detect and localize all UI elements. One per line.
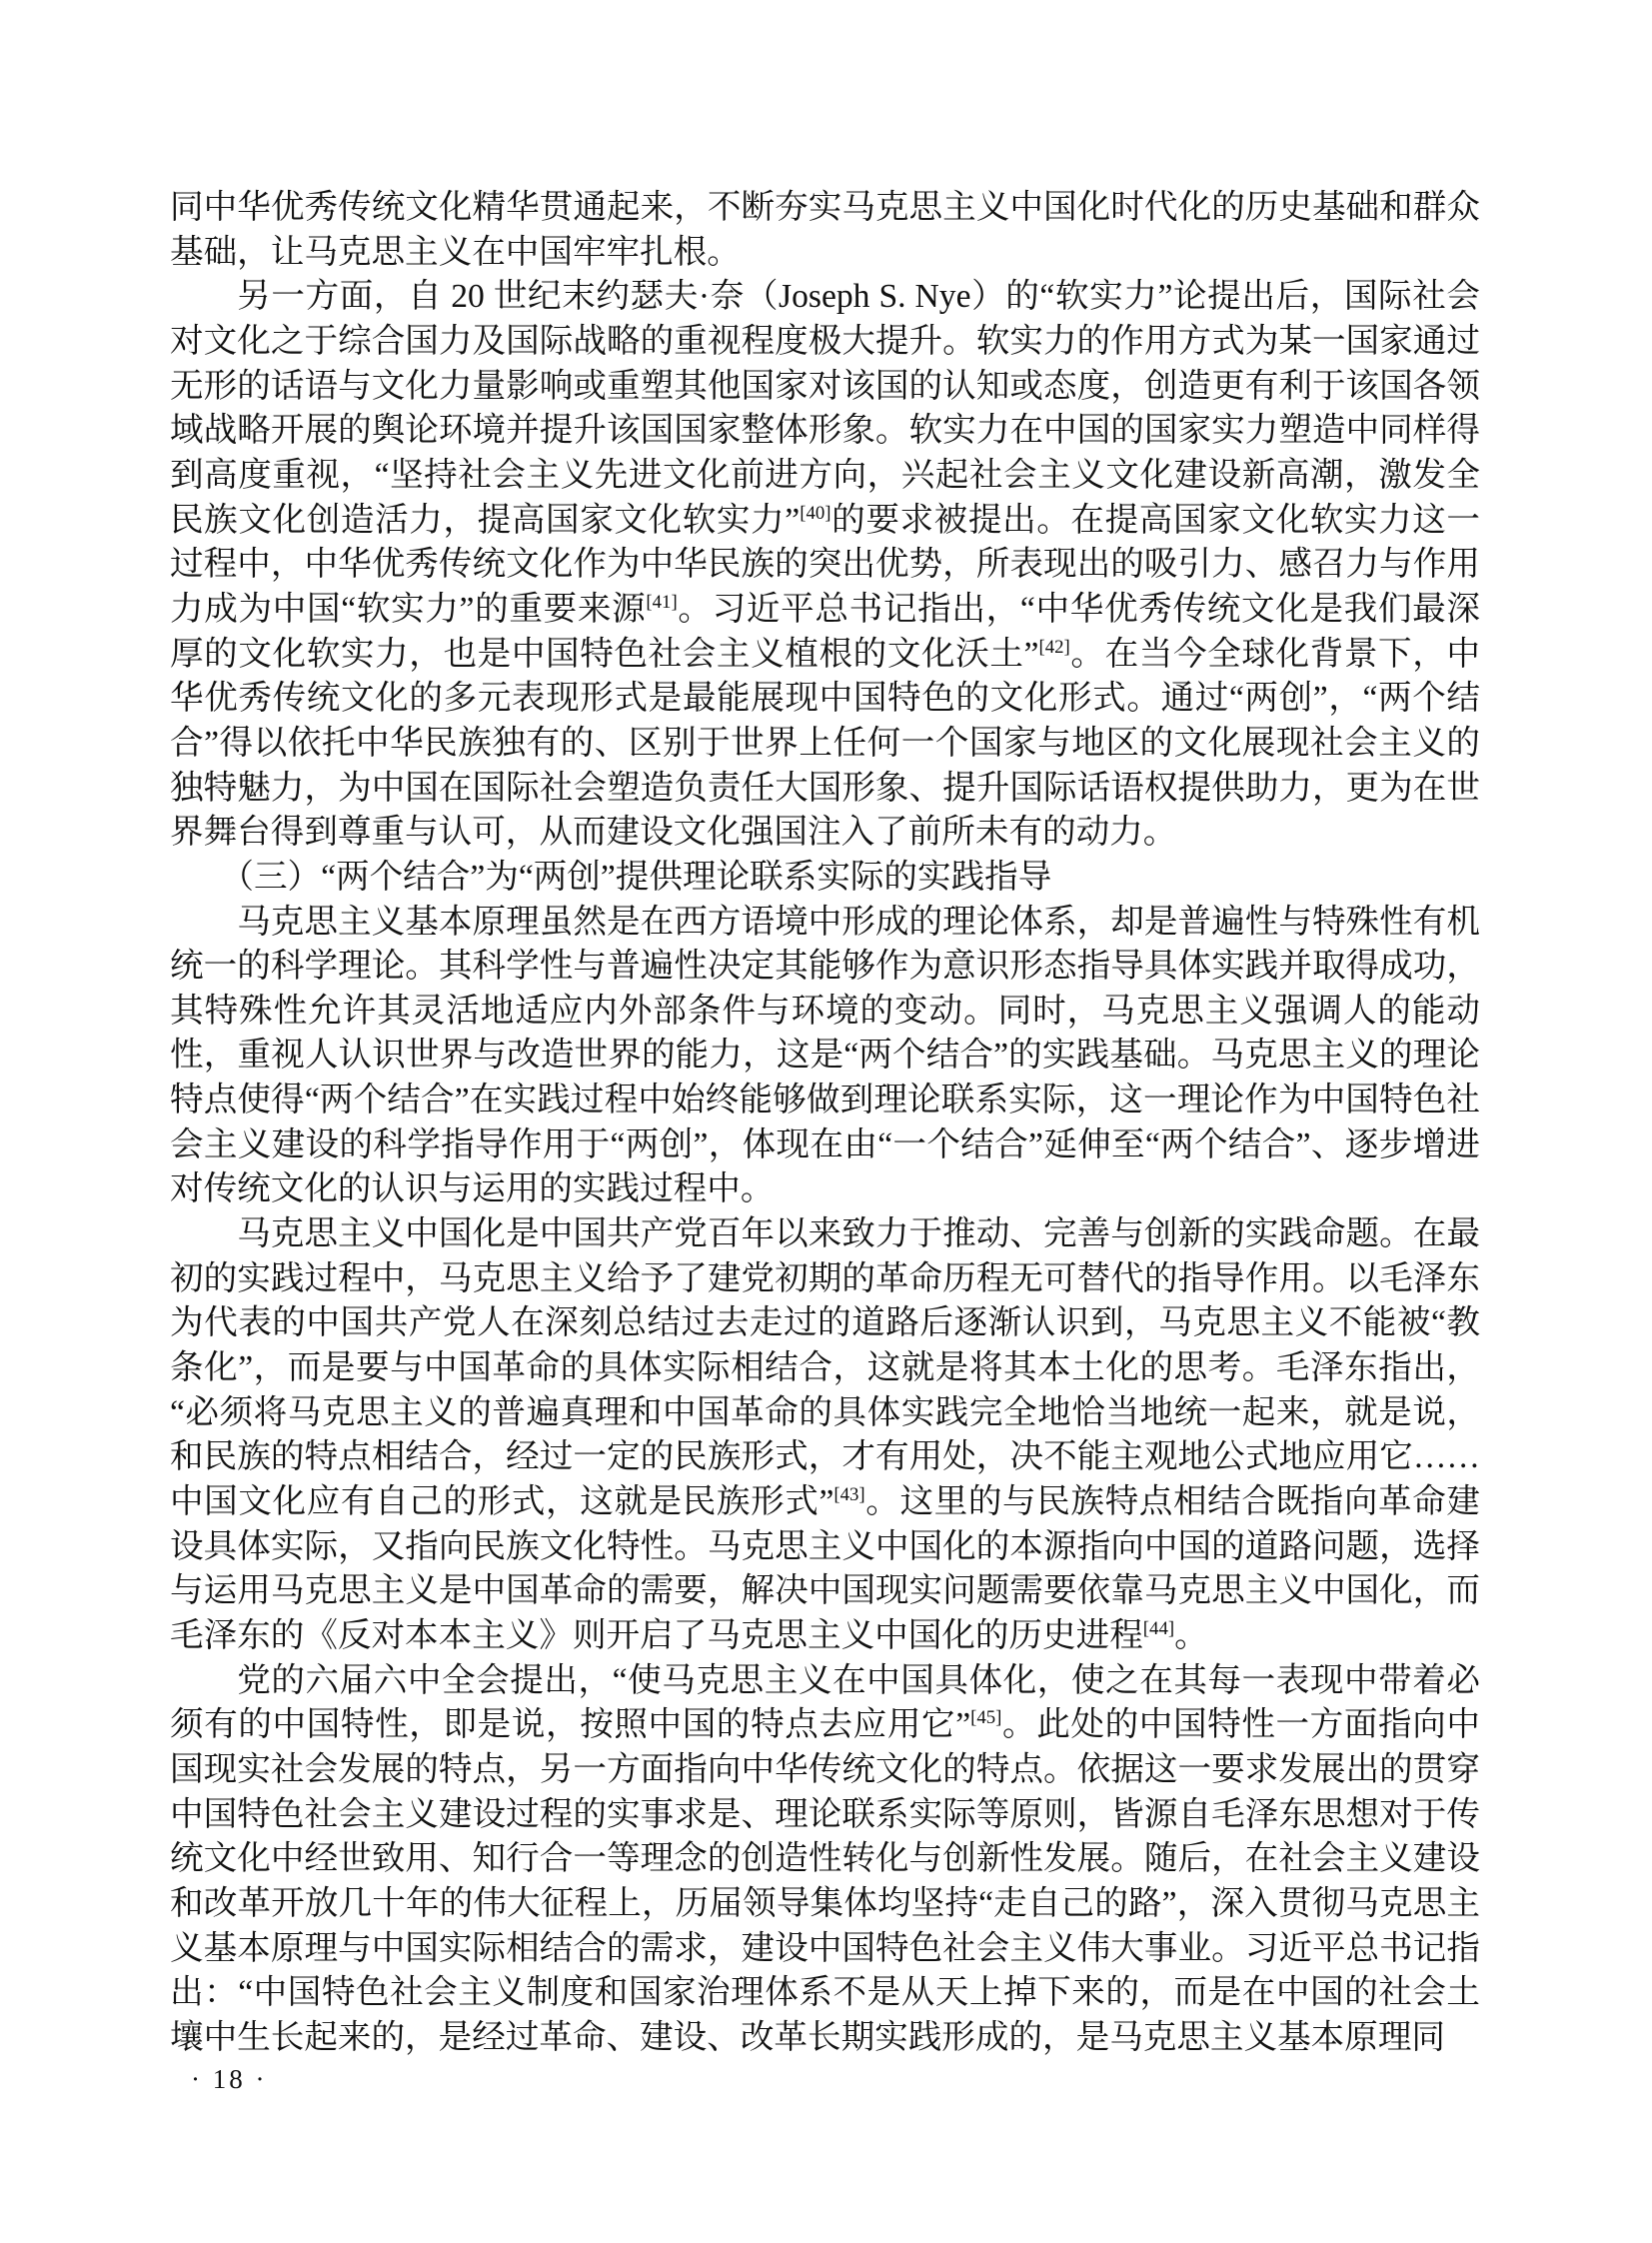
body-paragraph: 同中华优秀传统文化精华贯通起来，不断夯实马克思主义中国化时代化的历史基础和群众基… (170, 186, 1480, 275)
paper-page: 同中华优秀传统文化精华贯通起来，不断夯实马克思主义中国化时代化的历史基础和群众基… (0, 0, 1652, 2243)
footnote-ref: [44] (1143, 1618, 1174, 1639)
body-paragraph: 另一方面，自 20 世纪末约瑟夫·奈（Joseph S. Nye）的“软实力”论… (170, 275, 1480, 856)
page-number: · 18 · (191, 2063, 267, 2095)
page-body: 同中华优秀传统文化精华贯通起来，不断夯实马克思主义中国化时代化的历史基础和群众基… (170, 186, 1480, 2061)
body-paragraph: 党的六届六中全会提出，“使马克思主义在中国具体化，使之在其每一表现中带着必须有的… (170, 1659, 1480, 2061)
footnote-ref: [42] (1038, 636, 1069, 657)
footnote-ref: [40] (800, 502, 830, 523)
page-root: { "page": { "number_label": "· 18 ·" }, … (0, 0, 1652, 2243)
body-paragraph: 马克思主义基本原理虽然是在西方语境中形成的理论体系，却是普遍性与特殊性有机统一的… (170, 901, 1480, 1213)
footnote-ref: [45] (970, 1707, 1001, 1728)
footnote-ref: [41] (646, 592, 677, 613)
footnote-ref: [43] (833, 1484, 864, 1505)
body-paragraph: 马克思主义中国化是中国共产党百年以来致力于推动、完善与创新的实践命题。在最初的实… (170, 1212, 1480, 1659)
section-heading: （三）“两个结合”为“两创”提供理论联系实际的实践指导 (170, 856, 1480, 901)
